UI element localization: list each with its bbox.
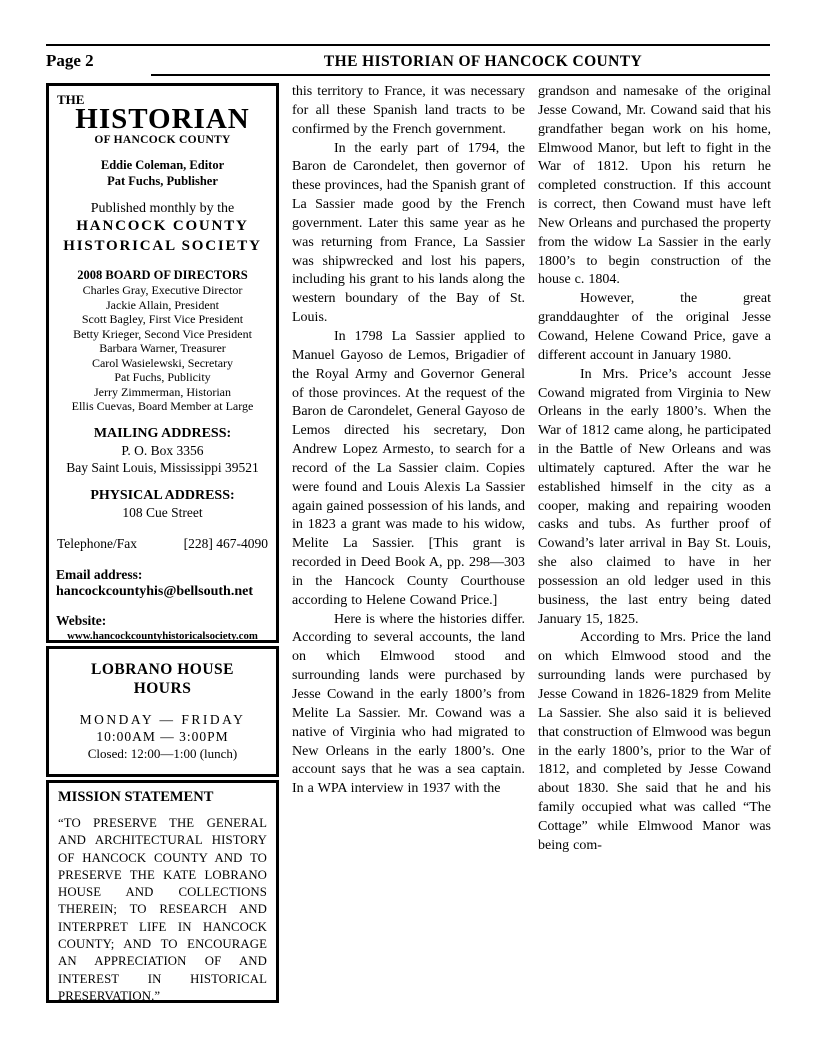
board-member: Pat Fuchs, Publicity <box>56 370 269 385</box>
article-paragraph: In Mrs. Price’s account Jesse Cowand mig… <box>538 366 771 630</box>
board-member: Carol Wasielewski, Secretary <box>56 356 269 371</box>
mailing-address-line2: Bay Saint Louis, Mississippi 39521 <box>56 459 269 476</box>
article-paragraph: this territory to France, it was necessa… <box>292 83 525 140</box>
article-column-2: grandson and namesake of the original Je… <box>538 83 771 1003</box>
hours-closed-note: Closed: 12:00—1:00 (lunch) <box>54 746 271 762</box>
article-paragraph: However, the great granddaughter of the … <box>538 290 771 365</box>
hours-days: MONDAY — FRIDAY <box>54 712 271 728</box>
phone-label: Telephone/Fax <box>57 536 137 552</box>
main-content: THE HISTORIAN OF HANCOCK COUNTY Eddie Co… <box>46 83 770 1003</box>
article-column-1: this territory to France, it was necessa… <box>292 83 525 1003</box>
hours-box: LOBRANO HOUSE HOURS MONDAY — FRIDAY 10:0… <box>46 646 279 777</box>
organization-line2: HISTORICAL SOCIETY <box>56 237 269 257</box>
hours-title: LOBRANO HOUSE HOURS <box>54 660 271 698</box>
website-heading: Website: <box>56 613 269 629</box>
physical-address-heading: PHYSICAL ADDRESS: <box>56 488 269 504</box>
masthead-box: THE HISTORIAN OF HANCOCK COUNTY Eddie Co… <box>46 83 279 643</box>
email-heading: Email address: <box>56 567 269 583</box>
masthead-subtitle: OF HANCOCK COUNTY <box>56 134 269 146</box>
physical-address-line1: 108 Cue Street <box>56 504 269 521</box>
article-paragraph: In the early part of 1794, the Baron de … <box>292 140 525 328</box>
email-address: hancockcountyhis@bellsouth.net <box>56 583 269 600</box>
website-url: www.hancockcountyhistoricalsociety.com <box>56 629 269 643</box>
phone-number: [228] 467-4090 <box>184 536 268 552</box>
mailing-address-line1: P. O. Box 3356 <box>56 442 269 459</box>
board-member: Ellis Cuevas, Board Member at Large <box>56 399 269 414</box>
mission-heading: MISSION STATEMENT <box>58 789 267 806</box>
masthead-credits: Eddie Coleman, Editor Pat Fuchs, Publish… <box>56 158 269 189</box>
page-title: THE HISTORIAN OF HANCOCK COUNTY <box>196 53 770 71</box>
board-heading: 2008 BOARD OF DIRECTORS <box>56 268 269 283</box>
mission-box: MISSION STATEMENT “TO PRESERVE THE GENER… <box>46 780 279 1003</box>
mailing-address-heading: MAILING ADDRESS: <box>56 426 269 442</box>
article-paragraph: Here is where the histories differ. Acco… <box>292 611 525 799</box>
board-member: Charles Gray, Executive Director <box>56 283 269 298</box>
header-bottom-rule <box>151 74 770 76</box>
hours-title-line2: HOURS <box>54 679 271 698</box>
article-paragraph: In 1798 La Sassier applied to Manuel Gay… <box>292 328 525 611</box>
board-member: Betty Krieger, Second Vice President <box>56 327 269 342</box>
editor-credit: Eddie Coleman, Editor <box>56 158 269 174</box>
board-member: Jackie Allain, President <box>56 298 269 313</box>
mission-text: “TO PRESERVE THE GENERAL AND ARCHITECTUR… <box>58 815 267 1003</box>
publisher-credit: Pat Fuchs, Publisher <box>56 174 269 190</box>
masthead-title: HISTORIAN <box>56 104 269 134</box>
sidebar: THE HISTORIAN OF HANCOCK COUNTY Eddie Co… <box>46 83 279 1003</box>
hours-title-line1: LOBRANO HOUSE <box>54 660 271 679</box>
page-header: Page 2 THE HISTORIAN OF HANCOCK COUNTY <box>46 46 770 74</box>
newsletter-page: Page 2 THE HISTORIAN OF HANCOCK COUNTY T… <box>0 0 816 1056</box>
board-member: Barbara Warner, Treasurer <box>56 341 269 356</box>
board-list: Charles Gray, Executive Director Jackie … <box>56 283 269 414</box>
organization-line1: HANCOCK COUNTY <box>56 217 269 237</box>
page-number-label: Page 2 <box>46 51 196 71</box>
article-paragraph: According to Mrs. Price the land on whic… <box>538 629 771 855</box>
board-member: Scott Bagley, First Vice President <box>56 312 269 327</box>
organization-name: HANCOCK COUNTY HISTORICAL SOCIETY <box>56 217 269 256</box>
phone-row: Telephone/Fax [228] 467-4090 <box>56 536 269 552</box>
board-member: Jerry Zimmerman, Historian <box>56 385 269 400</box>
published-line: Published monthly by the <box>56 201 269 217</box>
webmaster-credit: Marianne Pluim, Webmaster <box>56 643 269 644</box>
hours-times: 10:00AM — 3:00PM <box>54 729 271 745</box>
article-paragraph: grandson and namesake of the original Je… <box>538 83 771 290</box>
